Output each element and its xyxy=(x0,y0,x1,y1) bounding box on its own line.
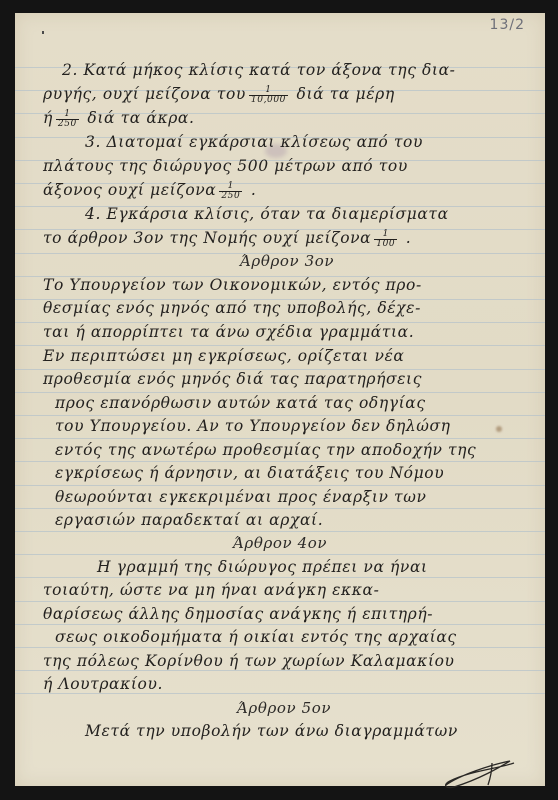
line-text: ή xyxy=(43,109,53,127)
text-line: σεως οικοδομήματα ή οικίαι εντός της αρχ… xyxy=(55,628,457,646)
line-text: Το Υπουργείον των Οικονομικών, εντός προ… xyxy=(43,276,422,294)
text-line: θαρίσεως άλλης δημοσίας ανάγκης ή επιτηρ… xyxy=(43,605,433,623)
line-text: πλάτους της διώρυγος 500 μέτρων από του xyxy=(43,157,408,175)
line-text-after: . xyxy=(245,181,256,199)
ruled-line xyxy=(15,415,545,416)
line-text-after: διά τα άκρα. xyxy=(82,109,195,127)
line-text: σεως οικοδομήματα ή οικίαι εντός της αρχ… xyxy=(55,628,457,646)
fraction-numerator: 1 xyxy=(374,230,397,240)
line-text: θεσμίας ενός μηνός από της υποβολής, δέχ… xyxy=(43,299,421,317)
text-line: προς επανόρθωσιν αυτών κατά τας οδηγίας xyxy=(55,394,426,412)
ruled-line xyxy=(15,508,545,509)
line-text: Μετά την υποβολήν των άνω διαγραμμάτων xyxy=(85,722,458,740)
text-line: 3. Διατομαί εγκάρσιαι κλίσεως από του xyxy=(85,133,423,151)
fraction-denominator: 100 xyxy=(374,240,397,249)
line-text: της πόλεως Κορίνθου ή των χωρίων Καλαμακ… xyxy=(43,652,455,670)
line-text: 3. Διατομαί εγκάρσιαι κλίσεως από του xyxy=(85,133,423,151)
text-line: εργασιών παραδεκταί αι αρχαί. xyxy=(55,511,323,529)
ruled-line xyxy=(15,531,545,532)
line-text: τοιαύτη, ώστε να μη ήναι ανάγκη εκκα- xyxy=(43,581,379,599)
line-text: ρυγής, ουχί μείζονα του xyxy=(43,85,246,103)
ruled-line xyxy=(15,624,545,625)
line-text-after: . xyxy=(400,229,411,247)
text-line: άξονος ουχί μείζονα1250 . xyxy=(43,181,256,201)
line-text-after: διά τα μέρη xyxy=(291,85,395,103)
fraction: 1250 xyxy=(56,110,79,129)
text-line: 4. Εγκάρσια κλίσις, όταν τα διαμερίσματα xyxy=(85,205,449,223)
text-line: του Υπουργείου. Αν το Υπουργείον δεν δηλ… xyxy=(55,417,451,435)
text-line: προθεσμία ενός μηνός διά τας παρατηρήσει… xyxy=(43,370,422,388)
ink-dot xyxy=(42,31,44,34)
line-text: άξονος ουχί μείζονα xyxy=(43,181,216,199)
ruled-line xyxy=(15,693,545,694)
line-text: εγκρίσεως ή άρνησιν, αι διατάξεις του Νό… xyxy=(55,464,444,482)
text-line: το άρθρον 3ον της Νομής ουχί μείζονα1100… xyxy=(43,229,411,249)
text-line: θεσμίας ενός μηνός από της υποβολής, δέχ… xyxy=(43,299,421,317)
text-line: Μετά την υποβολήν των άνω διαγραμμάτων xyxy=(85,722,458,740)
line-text: 4. Εγκάρσια κλίσις, όταν τα διαμερίσματα xyxy=(85,205,449,223)
article-heading: Άρθρον 4ον xyxy=(233,534,327,552)
ruled-line xyxy=(15,392,545,393)
line-text: εργασιών παραδεκταί αι αρχαί. xyxy=(55,511,323,529)
ruled-line xyxy=(15,438,545,439)
fraction-numerator: 1 xyxy=(219,182,242,192)
ruled-line xyxy=(15,554,545,555)
text-line: ρυγής, ουχί μείζονα του110,000 διά τα μέ… xyxy=(43,85,395,105)
text-line: ται ή απορρίπτει τα άνω σχέδια γραμμάτια… xyxy=(43,323,414,341)
line-text: θεωρούνται εγκεκριμέναι προς έναρξιν των xyxy=(55,488,427,506)
line-text: Η γραμμή της διώρυγος πρέπει να ήναι xyxy=(97,558,428,576)
line-text: Άρθρον 3ον xyxy=(240,252,334,270)
ruled-line xyxy=(15,601,545,602)
line-text: Εν περιπτώσει μη εγκρίσεως, ορίζεται νέα xyxy=(43,347,404,365)
fraction-numerator: 1 xyxy=(249,86,288,96)
text-line: 2. Κατά μήκος κλίσις κατά τον άξονα της … xyxy=(62,61,456,79)
text-line: Η γραμμή της διώρυγος πρέπει να ήναι xyxy=(97,558,428,576)
line-text: Άρθρον 4ον xyxy=(233,534,327,552)
text-line: πλάτους της διώρυγος 500 μέτρων από του xyxy=(43,157,408,175)
text-line: της πόλεως Κορίνθου ή των χωρίων Καλαμακ… xyxy=(43,652,455,670)
text-line: Το Υπουργείον των Οικονομικών, εντός προ… xyxy=(43,276,422,294)
signature-flourish-icon xyxy=(440,753,520,793)
line-text: του Υπουργείου. Αν το Υπουργείον δεν δηλ… xyxy=(55,417,451,435)
text-line: θεωρούνται εγκεκριμέναι προς έναρξιν των xyxy=(55,488,427,506)
line-text: 2. Κατά μήκος κλίσις κατά τον άξονα της … xyxy=(62,61,456,79)
fraction-numerator: 1 xyxy=(56,110,79,120)
line-text: θαρίσεως άλλης δημοσίας ανάγκης ή επιτηρ… xyxy=(43,605,433,623)
ruled-line xyxy=(15,647,545,648)
ruled-line xyxy=(15,577,545,578)
fraction-denominator: 250 xyxy=(219,192,242,201)
fraction: 110,000 xyxy=(249,86,288,105)
ruled-line xyxy=(15,345,545,346)
text-line: ή1250 διά τα άκρα. xyxy=(43,109,195,129)
line-text: ή Λουτρακίου. xyxy=(43,675,163,693)
manuscript-page: 13/2 2. Κατά μήκος κλίσις κατά τον άξονα… xyxy=(15,13,545,786)
fraction-denominator: 10,000 xyxy=(249,96,288,105)
ruled-line xyxy=(15,485,545,486)
folio-number: 13/2 xyxy=(490,17,525,33)
line-text: προς επανόρθωσιν αυτών κατά τας οδηγίας xyxy=(55,394,426,412)
text-line: ή Λουτρακίου. xyxy=(43,675,163,693)
line-text: προθεσμία ενός μηνός διά τας παρατηρήσει… xyxy=(43,370,422,388)
fraction: 1100 xyxy=(374,230,397,249)
ruled-line xyxy=(15,461,545,462)
text-line: εντός της ανωτέρω προθεσμίας την αποδοχή… xyxy=(55,441,476,459)
line-text: ται ή απορρίπτει τα άνω σχέδια γραμμάτια… xyxy=(43,323,414,341)
fraction: 1250 xyxy=(219,182,242,201)
text-line: τοιαύτη, ώστε να μη ήναι ανάγκη εκκα- xyxy=(43,581,379,599)
line-text: εντός της ανωτέρω προθεσμίας την αποδοχή… xyxy=(55,441,476,459)
line-text: το άρθρον 3ον της Νομής ουχί μείζονα xyxy=(43,229,371,247)
text-line: εγκρίσεως ή άρνησιν, αι διατάξεις του Νό… xyxy=(55,464,444,482)
ruled-line xyxy=(15,670,545,671)
ink-spot xyxy=(496,426,502,432)
article-heading: Άρθρον 5ον xyxy=(237,699,331,717)
fraction-denominator: 250 xyxy=(56,120,79,129)
article-heading: Άρθρον 3ον xyxy=(240,252,334,270)
line-text: Άρθρον 5ον xyxy=(237,699,331,717)
text-line: Εν περιπτώσει μη εγκρίσεως, ορίζεται νέα xyxy=(43,347,404,365)
